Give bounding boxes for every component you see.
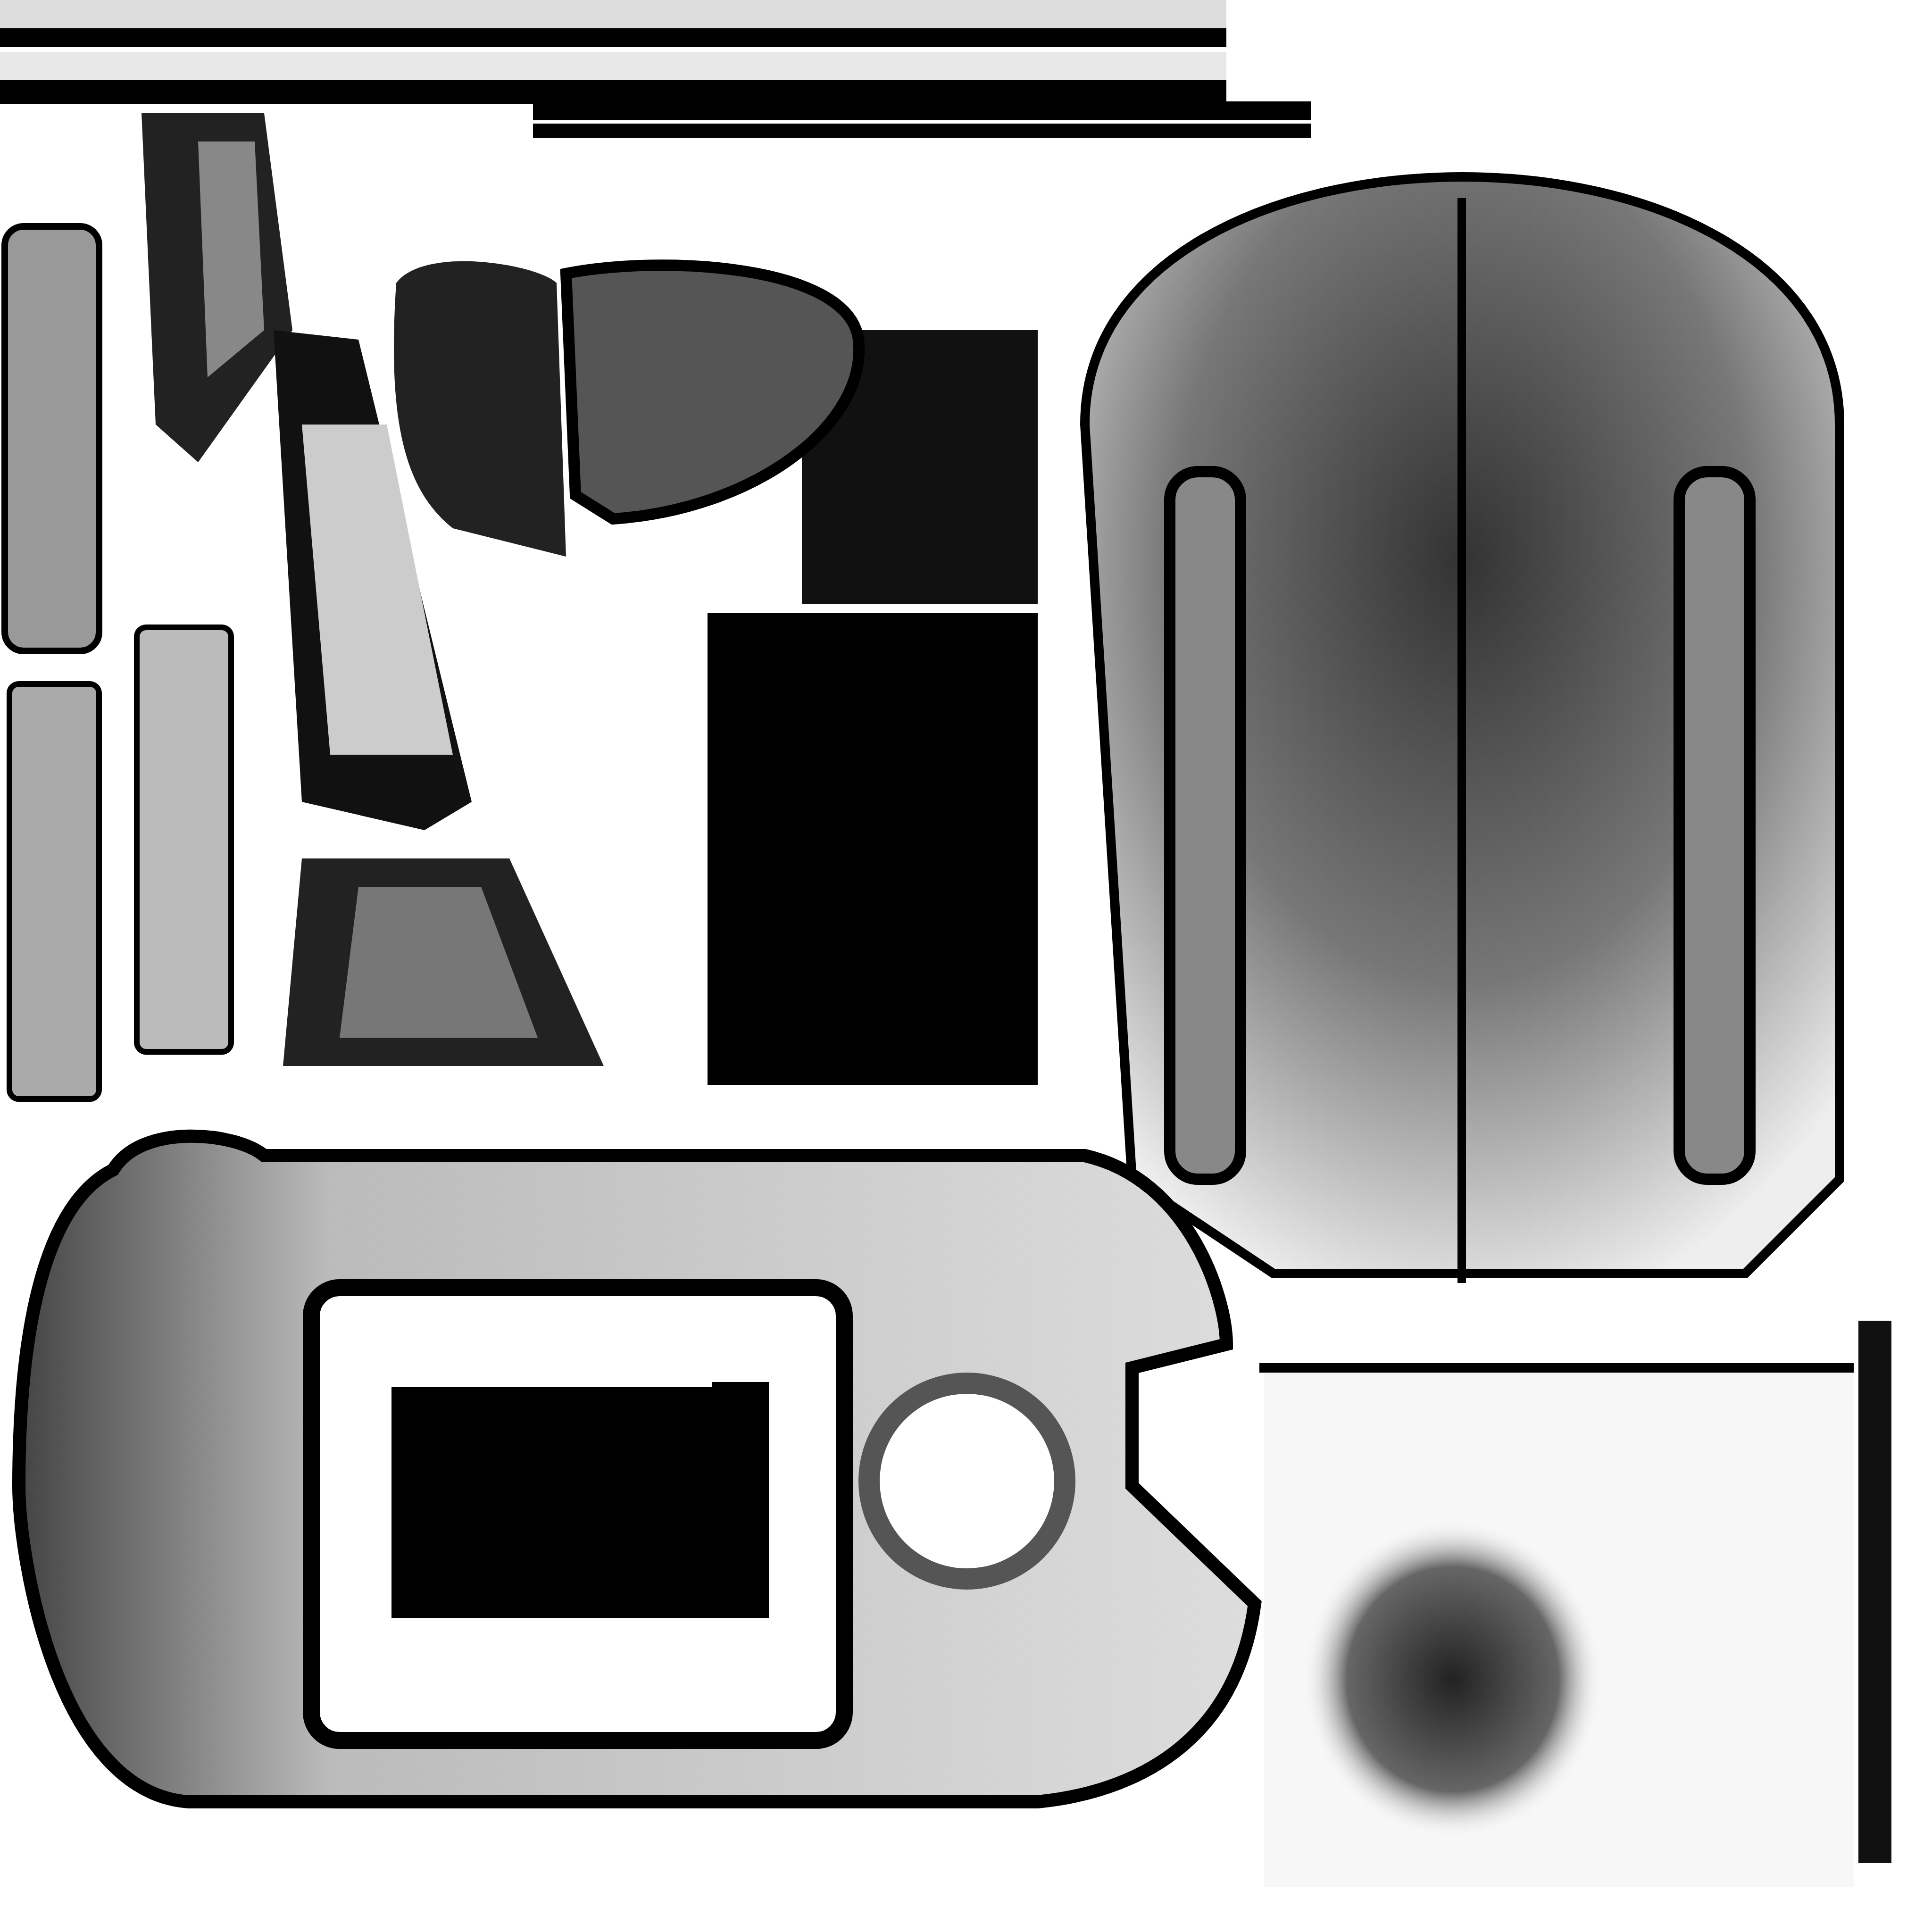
top-strip-teeth-2 bbox=[0, 52, 1226, 104]
left-vertical-bar-3 bbox=[137, 627, 231, 1052]
top-strip-teeth-1 bbox=[0, 0, 1226, 47]
fan-fin-upper bbox=[142, 113, 292, 462]
texture-atlas bbox=[0, 0, 1932, 1932]
large-arch-panel bbox=[1085, 177, 1840, 1283]
fan-fin-lower bbox=[283, 858, 604, 1066]
left-vertical-bar-2 bbox=[9, 684, 99, 1099]
round-disc bbox=[858, 1373, 1075, 1590]
left-vertical-bar-1 bbox=[5, 226, 99, 651]
dark-smudge bbox=[1302, 1519, 1604, 1840]
long-bar bbox=[533, 101, 1311, 138]
